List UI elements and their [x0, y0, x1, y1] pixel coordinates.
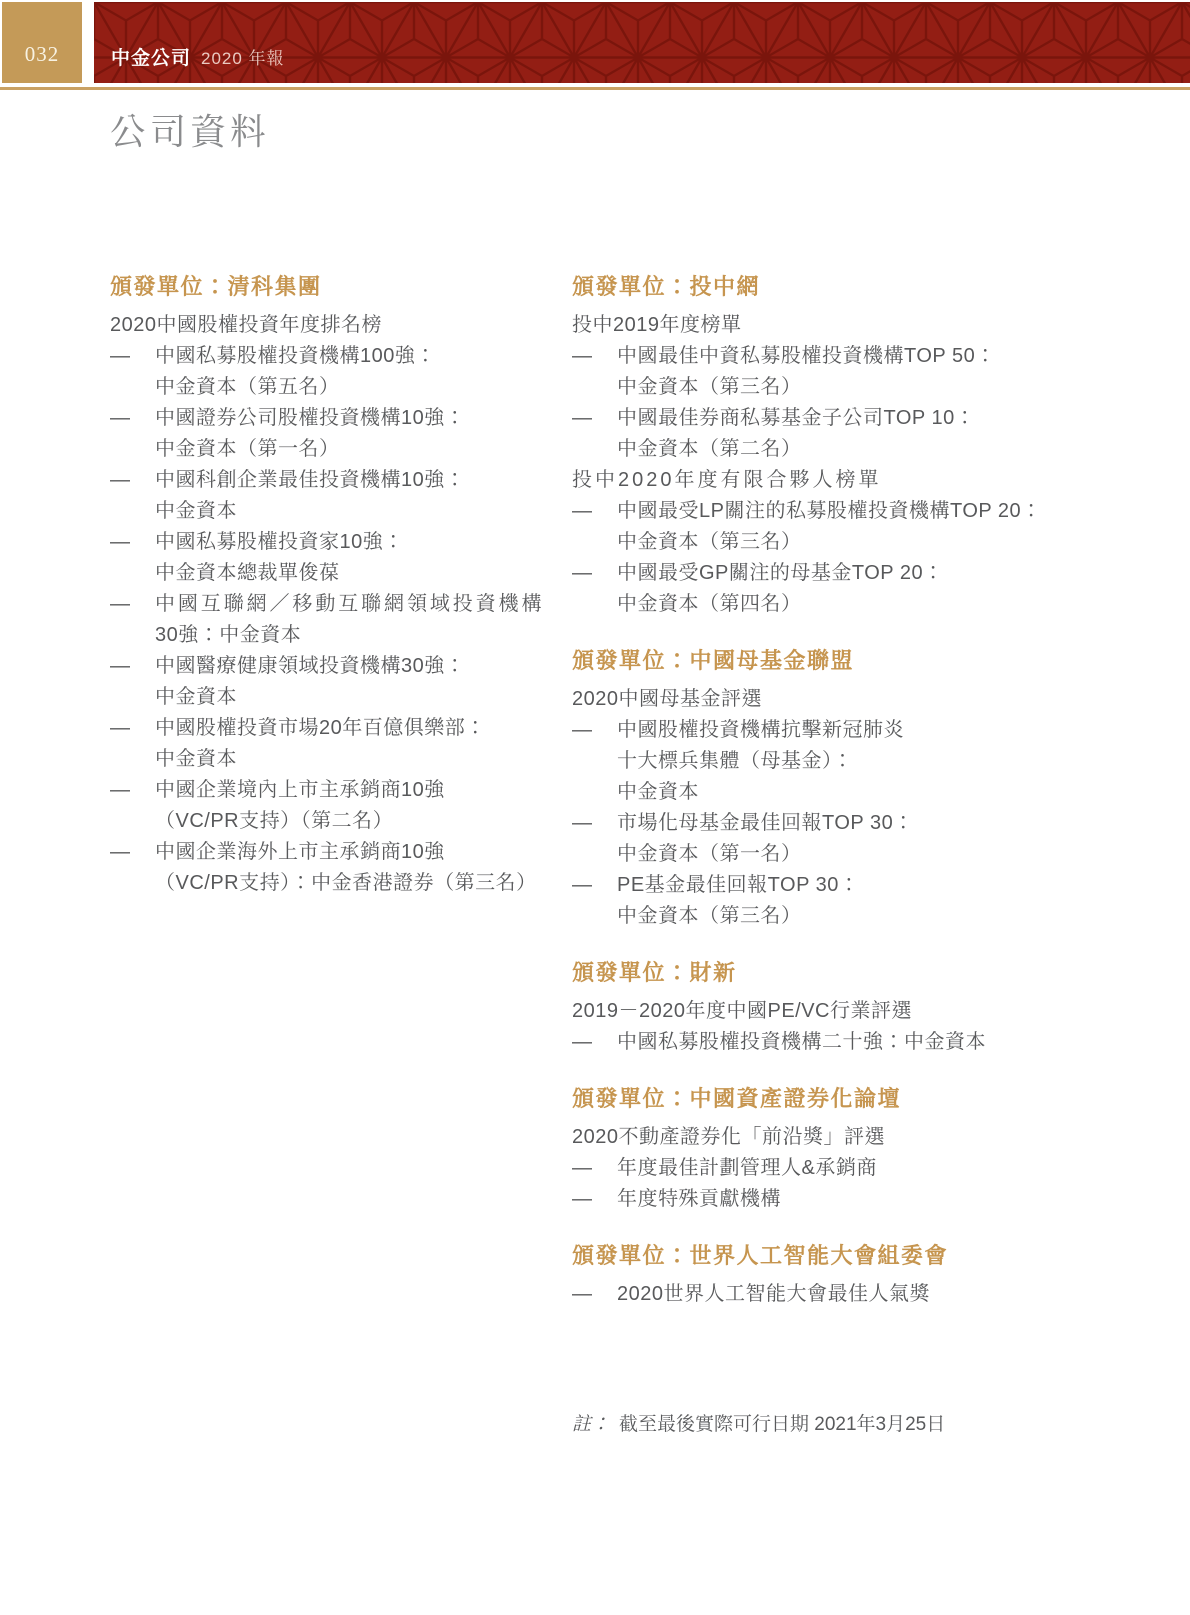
award-item-lines: 中國企業海外上市主承銷商10強（VC/PR支持）：中金香港證券（第三名） — [155, 837, 542, 899]
award-section: 頒發單位：投中網投中2019年度榜單—中國最佳中資私募股權投資機構TOP 50：… — [572, 272, 1050, 620]
award-item-lines: 2020世界人工智能大會最佳人氣獎 — [617, 1279, 1050, 1310]
award-line: 中金資本（第二名） — [617, 434, 1050, 465]
award-section: 頒發單位：世界人工智能大會組委會—2020世界人工智能大會最佳人氣獎 — [572, 1241, 1050, 1310]
dash-bullet: — — [110, 651, 155, 682]
award-item: —中國最佳券商私募基金子公司TOP 10：中金資本（第二名） — [572, 403, 1050, 465]
award-item: —中國股權投資市場20年百億俱樂部：中金資本 — [110, 713, 542, 775]
award-item: —中國最受LP關注的私募股權投資機構TOP 20：中金資本（第三名） — [572, 496, 1050, 558]
section-heading: 頒發單位：世界人工智能大會組委會 — [572, 1241, 1050, 1271]
award-line: 年度最佳計劃管理人&承銷商 — [617, 1153, 1050, 1184]
award-line: 中金資本（第三名） — [617, 372, 1050, 403]
award-item-lines: 中國股權投資市場20年百億俱樂部：中金資本 — [155, 713, 542, 775]
header-rule — [0, 87, 1190, 90]
award-line: 中國股權投資市場20年百億俱樂部： — [155, 713, 542, 744]
section-heading: 頒發單位：中國資產證券化論壇 — [572, 1084, 1050, 1114]
dash-bullet: — — [110, 341, 155, 372]
award-item: —中國私募股權投資機構100強：中金資本（第五名） — [110, 341, 542, 403]
footnote: 註： 截至最後實際可行日期 2021年3月25日 — [572, 1412, 945, 1438]
award-item-lines: 年度最佳計劃管理人&承銷商 — [617, 1153, 1050, 1184]
section-subtitle: 投中2019年度榜單 — [572, 310, 1050, 341]
section-heading: 頒發單位：投中網 — [572, 272, 1050, 302]
award-line: （VC/PR支持）：中金香港證券（第三名） — [155, 868, 542, 899]
award-line: 中金資本 — [155, 744, 542, 775]
page-number-badge: 032 — [2, 2, 82, 83]
section-subtitle: 2020不動產證券化「前沿獎」評選 — [572, 1122, 1050, 1153]
award-item-lines: 年度特殊貢獻機構 — [617, 1184, 1050, 1215]
award-item: —中國私募股權投資機構二十強：中金資本 — [572, 1027, 1050, 1058]
award-line: 中金資本 — [617, 777, 1050, 808]
award-line: 中金資本總裁單俊葆 — [155, 558, 542, 589]
section-subtitle: 2020中國股權投資年度排名榜 — [110, 310, 542, 341]
award-line: 市場化母基金最佳回報TOP 30： — [617, 808, 1050, 839]
section-heading: 頒發單位：中國母基金聯盟 — [572, 646, 1050, 676]
award-line: 30強：中金資本 — [155, 620, 542, 651]
award-section: 頒發單位：清科集團2020中國股權投資年度排名榜—中國私募股權投資機構100強：… — [110, 272, 542, 899]
footnote-text: 截至最後實際可行日期 2021年3月25日 — [619, 1412, 945, 1438]
award-line: 中國股權投資機構抗擊新冠肺炎 — [617, 715, 1050, 746]
award-item-lines: 中國最佳券商私募基金子公司TOP 10：中金資本（第二名） — [617, 403, 1050, 465]
dash-bullet: — — [572, 403, 617, 434]
dash-bullet: — — [572, 341, 617, 372]
dash-bullet: — — [572, 715, 617, 746]
edition-label: 2020 年報 — [201, 49, 285, 68]
dash-bullet: — — [110, 837, 155, 868]
dash-bullet: — — [572, 1027, 617, 1058]
award-section: 頒發單位：中國母基金聯盟2020中國母基金評選—中國股權投資機構抗擊新冠肺炎十大… — [572, 646, 1050, 932]
dash-bullet: — — [572, 558, 617, 589]
award-item: —中國證券公司股權投資機構10強：中金資本（第一名） — [110, 403, 542, 465]
award-line: 中國私募股權投資家10強： — [155, 527, 542, 558]
award-item: —中國互聯網／移動互聯網領域投資機構30強：中金資本 — [110, 589, 542, 651]
award-item-lines: PE基金最佳回報TOP 30：中金資本（第三名） — [617, 870, 1050, 932]
award-line: 中金資本（第一名） — [155, 434, 542, 465]
award-item: —中國最受GP關注的母基金TOP 20：中金資本（第四名） — [572, 558, 1050, 620]
award-item: —2020世界人工智能大會最佳人氣獎 — [572, 1279, 1050, 1310]
dash-bullet: — — [572, 1184, 617, 1215]
award-line: 中國最佳券商私募基金子公司TOP 10： — [617, 403, 1050, 434]
award-item-lines: 中國證券公司股權投資機構10強：中金資本（第一名） — [155, 403, 542, 465]
award-line: PE基金最佳回報TOP 30： — [617, 870, 1050, 901]
dash-bullet: — — [110, 527, 155, 558]
dash-bullet: — — [572, 808, 617, 839]
dash-bullet: — — [110, 465, 155, 496]
award-item-lines: 中國企業境內上市主承銷商10強（VC/PR支持）（第二名） — [155, 775, 542, 837]
brand-name: 中金公司 — [111, 48, 191, 69]
award-line: 2020世界人工智能大會最佳人氣獎 — [617, 1279, 1050, 1310]
dash-bullet: — — [110, 403, 155, 434]
section-heading: 頒發單位：清科集團 — [110, 272, 542, 302]
award-item: —年度特殊貢獻機構 — [572, 1184, 1050, 1215]
dash-bullet: — — [572, 1279, 617, 1310]
award-item-lines: 中國科創企業最佳投資機構10強：中金資本 — [155, 465, 542, 527]
section-subtitle: 投中2020年度有限合夥人榜單 — [572, 465, 1050, 496]
award-item-lines: 中國最受GP關注的母基金TOP 20：中金資本（第四名） — [617, 558, 1050, 620]
award-line: 中金資本 — [155, 496, 542, 527]
award-line: 中國私募股權投資機構100強： — [155, 341, 542, 372]
award-item-lines: 中國股權投資機構抗擊新冠肺炎十大標兵集體（母基金）：中金資本 — [617, 715, 1050, 808]
column-right: 頒發單位：投中網投中2019年度榜單—中國最佳中資私募股權投資機構TOP 50：… — [572, 272, 1050, 1310]
award-item-lines: 中國最受LP關注的私募股權投資機構TOP 20：中金資本（第三名） — [617, 496, 1050, 558]
dash-bullet: — — [110, 589, 155, 620]
award-line: 中國證券公司股權投資機構10強： — [155, 403, 542, 434]
award-item: —中國最佳中資私募股權投資機構TOP 50：中金資本（第三名） — [572, 341, 1050, 403]
award-item: —年度最佳計劃管理人&承銷商 — [572, 1153, 1050, 1184]
award-item: —中國醫療健康領域投資機構30強：中金資本 — [110, 651, 542, 713]
dash-bullet: — — [572, 870, 617, 901]
banner-text: 中金公司2020 年報 — [111, 43, 285, 70]
award-line: 中金資本（第三名） — [617, 527, 1050, 558]
footnote-label: 註： — [572, 1412, 619, 1438]
award-line: 中國最受GP關注的母基金TOP 20： — [617, 558, 1050, 589]
award-item: —中國私募股權投資家10強：中金資本總裁單俊葆 — [110, 527, 542, 589]
award-line: 中國科創企業最佳投資機構10強： — [155, 465, 542, 496]
brand-banner: 中金公司2020 年報 — [94, 2, 1190, 83]
section-subtitle: 2019－2020年度中國PE/VC行業評選 — [572, 996, 1050, 1027]
award-line: 中金資本 — [155, 682, 542, 713]
dash-bullet: — — [572, 1153, 617, 1184]
award-line: 年度特殊貢獻機構 — [617, 1184, 1050, 1215]
award-line: 中金資本（第三名） — [617, 901, 1050, 932]
award-line: 中國企業境內上市主承銷商10強 — [155, 775, 542, 806]
award-line: 中國私募股權投資機構二十強：中金資本 — [617, 1027, 1050, 1058]
award-line: 中金資本（第五名） — [155, 372, 542, 403]
award-item-lines: 中國最佳中資私募股權投資機構TOP 50：中金資本（第三名） — [617, 341, 1050, 403]
award-line: 中國企業海外上市主承銷商10強 — [155, 837, 542, 868]
award-line: 中國醫療健康領域投資機構30強： — [155, 651, 542, 682]
dash-bullet: — — [110, 713, 155, 744]
award-item-lines: 中國醫療健康領域投資機構30強：中金資本 — [155, 651, 542, 713]
award-line: 十大標兵集體（母基金）： — [617, 746, 1050, 777]
award-item-lines: 市場化母基金最佳回報TOP 30：中金資本（第一名） — [617, 808, 1050, 870]
award-item: —中國企業海外上市主承銷商10強（VC/PR支持）：中金香港證券（第三名） — [110, 837, 542, 899]
column-left: 頒發單位：清科集團2020中國股權投資年度排名榜—中國私募股權投資機構100強：… — [110, 272, 542, 1310]
award-line: 中金資本（第一名） — [617, 839, 1050, 870]
award-line: （VC/PR支持）（第二名） — [155, 806, 542, 837]
award-item: —中國股權投資機構抗擊新冠肺炎十大標兵集體（母基金）：中金資本 — [572, 715, 1050, 808]
award-item-lines: 中國互聯網／移動互聯網領域投資機構30強：中金資本 — [155, 589, 542, 651]
section-heading: 頒發單位：財新 — [572, 958, 1050, 988]
award-line: 中國最佳中資私募股權投資機構TOP 50： — [617, 341, 1050, 372]
award-line: 中金資本（第四名） — [617, 589, 1050, 620]
award-item: —市場化母基金最佳回報TOP 30：中金資本（第一名） — [572, 808, 1050, 870]
section-subtitle: 2020中國母基金評選 — [572, 684, 1050, 715]
award-section: 頒發單位：財新2019－2020年度中國PE/VC行業評選—中國私募股權投資機構… — [572, 958, 1050, 1058]
award-item: —中國科創企業最佳投資機構10強：中金資本 — [110, 465, 542, 527]
award-item-lines: 中國私募股權投資家10強：中金資本總裁單俊葆 — [155, 527, 542, 589]
award-line: 中國互聯網／移動互聯網領域投資機構 — [155, 589, 542, 620]
award-line: 中國最受LP關注的私募股權投資機構TOP 20： — [617, 496, 1050, 527]
dash-bullet: — — [110, 775, 155, 806]
award-section: 頒發單位：中國資產證券化論壇2020不動產證券化「前沿獎」評選—年度最佳計劃管理… — [572, 1084, 1050, 1215]
page-title: 公司資料 — [110, 104, 270, 155]
award-item: —中國企業境內上市主承銷商10強（VC/PR支持）（第二名） — [110, 775, 542, 837]
award-item: —PE基金最佳回報TOP 30：中金資本（第三名） — [572, 870, 1050, 932]
award-item-lines: 中國私募股權投資機構二十強：中金資本 — [617, 1027, 1050, 1058]
dash-bullet: — — [572, 496, 617, 527]
award-item-lines: 中國私募股權投資機構100強：中金資本（第五名） — [155, 341, 542, 403]
content: 頒發單位：清科集團2020中國股權投資年度排名榜—中國私募股權投資機構100強：… — [110, 272, 1050, 1310]
